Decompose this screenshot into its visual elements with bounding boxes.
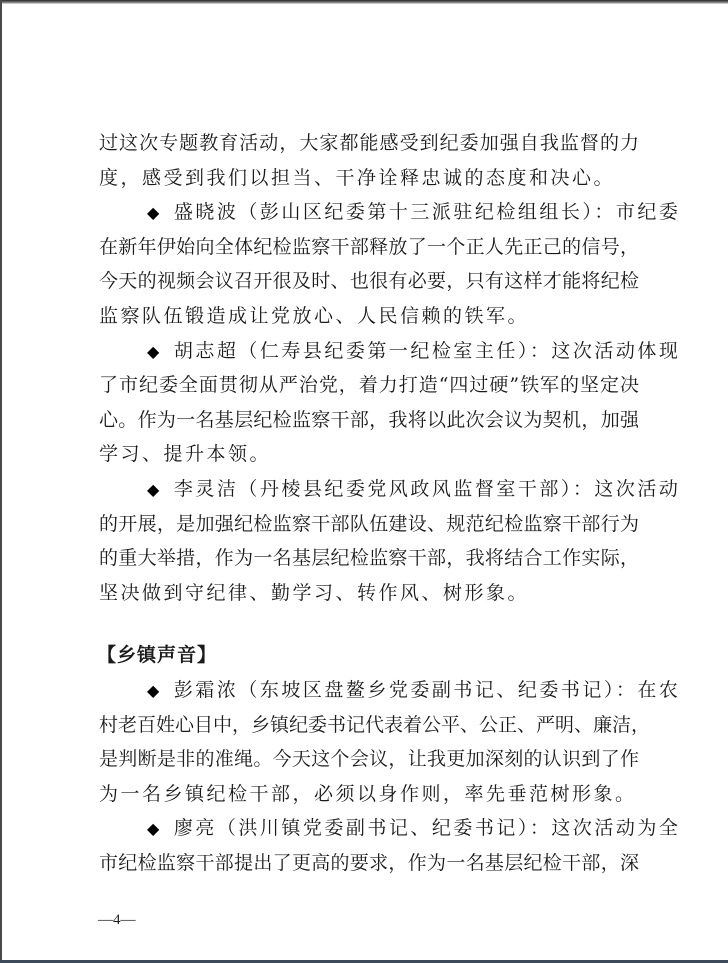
quote-first-line: ◆李灵洁（丹棱县纪委党风政风监督室干部）：这次活动 <box>99 474 639 509</box>
quote-first-line: ◆胡志超（仁寿县纪委第一纪检室主任）：这次活动体现 <box>99 336 639 371</box>
quote-first-line: ◆彭霜浓（东坡区盘鳌乡党委副书记、纪委书记）：在农 <box>99 675 639 710</box>
paragraph-line: 为一名乡镇纪检干部，必须以身作则，率先垂范树形象。 <box>99 779 639 814</box>
document-body: 过这次专题教育活动，大家都能感受到纪委加强自我监督的力 度，感受到我们以担当、干… <box>99 128 639 882</box>
paragraph-line: 是判断是非的准绳。今天这个会议，让我更加深刻的认识到了作 <box>99 744 639 779</box>
quote-text: 这次活动 <box>594 478 680 500</box>
paragraph-line: 监察队伍锻造成让党放心、人民信赖的铁军。 <box>99 301 639 336</box>
quote-text: 这次活动体现 <box>551 340 680 362</box>
quote-first-line: ◆廖亮（洪川镇党委副书记、纪委书记）：这次活动为全 <box>99 813 639 848</box>
diamond-bullet-icon: ◆ <box>147 814 162 844</box>
paragraph-line: 的重大举措，作为一名基层纪检监察干部，我将结合工作实际， <box>99 543 639 578</box>
diamond-bullet-icon: ◆ <box>147 475 162 505</box>
section-spacer <box>99 612 639 640</box>
page-number: —4— <box>98 912 136 929</box>
speaker-label: 盛晓波（彭山区纪委第十三派驻纪检组组长）： <box>174 201 616 223</box>
paragraph-line: 今天的视频会议召开很及时、也很有必要，只有这样才能将纪检 <box>99 266 639 301</box>
scan-top-edge <box>0 0 728 4</box>
paragraph-line: 坚决做到守纪律、勤学习、转作风、树形象。 <box>99 578 639 613</box>
paragraph-line: 度，感受到我们以担当、干净诠释忠诚的态度和决心。 <box>99 163 639 198</box>
paragraph-line: 过这次专题教育活动，大家都能感受到纪委加强自我监督的力 <box>99 128 639 163</box>
paragraph-line: 村老百姓心目中，乡镇纪委书记代表着公平、公正、严明、廉洁， <box>99 710 639 745</box>
paragraph-line: 在新年伊始向全体纪检监察干部释放了一个正人先正己的信号， <box>99 232 639 267</box>
quote-text: 在农 <box>637 679 680 701</box>
speaker-label: 彭霜浓（东坡区盘鳌乡党委副书记、纪委书记）： <box>174 679 638 701</box>
diamond-bullet-icon: ◆ <box>147 676 162 706</box>
quote-text: 市纪委 <box>616 201 681 223</box>
speaker-label: 胡志超（仁寿县纪委第一纪检室主任）： <box>174 340 552 362</box>
paragraph-line: 了市纪委全面贯彻从严治党，着力打造“四过硬”铁军的坚定决 <box>99 370 639 405</box>
speaker-label: 李灵洁（丹棱县纪委党风政风监督室干部）： <box>174 478 595 500</box>
quote-first-line: ◆盛晓波（彭山区纪委第十三派驻纪检组组长）：市纪委 <box>99 197 639 232</box>
paragraph-line: 的开展，是加强纪检监察干部队伍建设、规范纪检监察干部行为 <box>99 509 639 544</box>
paragraph-line: 心。作为一名基层纪检监察干部，我将以此次会议为契机，加强 <box>99 405 639 440</box>
paragraph-line: 学习、提升本领。 <box>99 439 639 474</box>
paragraph-line: 市纪检监察干部提出了更高的要求，作为一名基层纪检干部，深 <box>99 848 639 883</box>
scan-left-edge <box>0 0 2 963</box>
quote-text: 这次活动为全 <box>551 817 680 839</box>
diamond-bullet-icon: ◆ <box>147 337 162 367</box>
section-heading: 【乡镇声音】 <box>97 640 639 675</box>
speaker-label: 廖亮（洪川镇党委副书记、纪委书记）： <box>174 817 552 839</box>
diamond-bullet-icon: ◆ <box>147 198 162 228</box>
